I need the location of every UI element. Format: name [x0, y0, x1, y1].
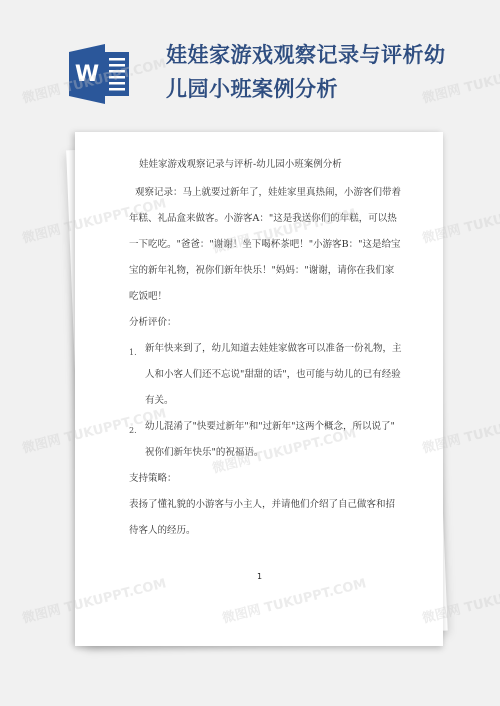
page-number: 1: [257, 572, 262, 581]
analysis-line: 幼儿混淆了"快要过新年"和"过新年"这两个概念，所以说了": [145, 414, 414, 440]
word-document-icon: W: [69, 44, 133, 104]
strategy-line: 表扬了懂礼貌的小游客与小主人，并请他们介绍了自己做客和招: [129, 492, 414, 518]
analysis-item-1: 1. 新年快来到了，幼儿知道去娃娃家做客可以准备一份礼物，主 人和小客人们还不忘…: [129, 336, 414, 414]
list-number: 1.: [129, 340, 137, 366]
analysis-item-2: 2. 幼儿混淆了"快要过新年"和"过新年"这两个概念，所以说了" 祝你们新年快乐…: [129, 414, 414, 466]
title-line-1: 娃娃家游戏观察记录与评析幼: [166, 38, 486, 72]
observation-line: 吃饭吧！: [129, 284, 414, 310]
document-title: 娃娃家游戏观察记录与评析-幼儿园小班案例分析: [139, 152, 414, 178]
observation-line: 观察记录：马上就要过新年了，娃娃家里真热闹，小游客们带着: [129, 180, 414, 206]
page-title: 娃娃家游戏观察记录与评析幼 儿园小班案例分析: [166, 38, 486, 106]
observation-line: 年糕、礼品盒来做客。小游客A："这是我送你们的年糕，可以热: [129, 206, 414, 232]
analysis-line: 人和小客人们还不忘说"甜甜的话"，也可能与幼儿的已有经验: [145, 362, 414, 388]
analysis-line: 新年快来到了，幼儿知道去娃娃家做客可以准备一份礼物，主: [145, 336, 414, 362]
analysis-line: 有关。: [145, 388, 414, 414]
strategy-line: 待客人的经历。: [129, 518, 414, 544]
header: W 娃娃家游戏观察记录与评析幼 儿园小班案例分析: [0, 0, 500, 125]
document-body: 娃娃家游戏观察记录与评析-幼儿园小班案例分析 观察记录：马上就要过新年了，娃娃家…: [129, 152, 414, 544]
strategy-heading: 支持策略：: [129, 466, 414, 492]
analysis-heading: 分析评价：: [129, 310, 414, 336]
observation-line: 一下吃吃。"爸爸："谢谢！坐下喝杯茶吧！"小游客B："这是给宝: [129, 232, 414, 258]
analysis-line: 祝你们新年快乐"的祝福语。: [145, 440, 414, 466]
list-number: 2.: [129, 418, 137, 444]
observation-line: 宝的新年礼物，祝你们新年快乐！"妈妈："谢谢，请你在我们家: [129, 258, 414, 284]
document-page: 娃娃家游戏观察记录与评析-幼儿园小班案例分析 观察记录：马上就要过新年了，娃娃家…: [75, 132, 443, 646]
title-line-2: 儿园小班案例分析: [166, 72, 486, 106]
word-letter: W: [75, 62, 99, 87]
